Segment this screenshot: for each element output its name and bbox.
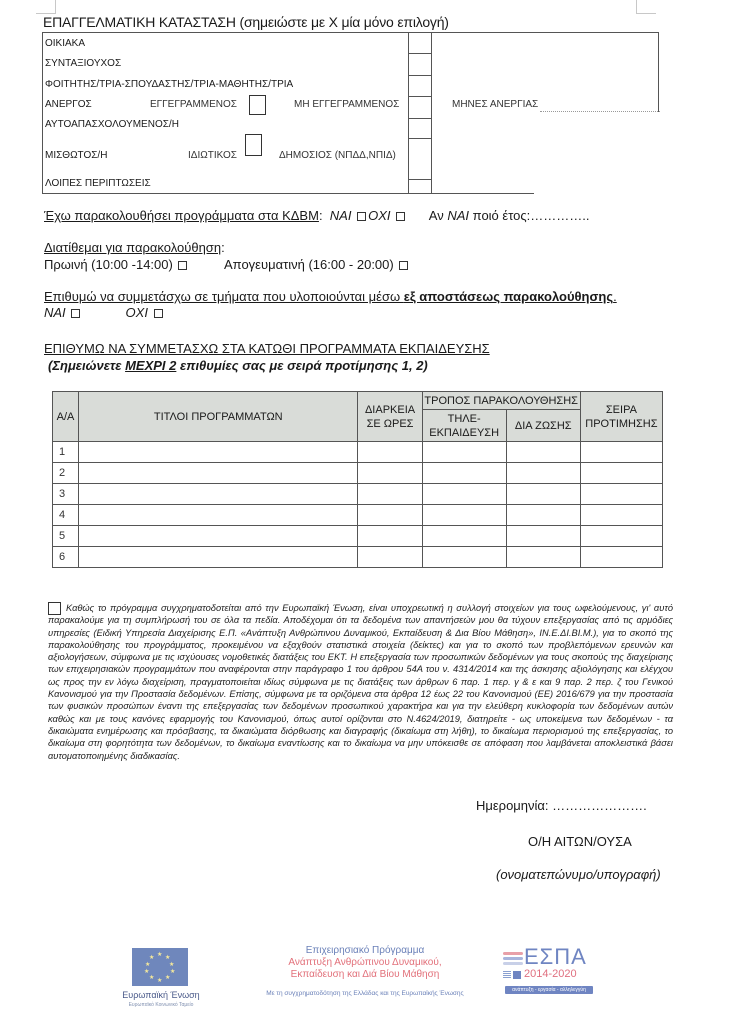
op-name: Ανάπτυξη Ανθρώπινου Δυναμικού, Εκπαίδευσ… — [240, 957, 490, 981]
employment-status-title: ΕΠΑΓΓΕΛΜΑΤΙΚΗ ΚΑΤΑΣΤΑΣΗ (σημειώστε με Χ … — [43, 14, 449, 30]
header-titles: ΤΙΤΛΟΙ ΠΡΟΓΡΑΜΜΑΤΩΝ — [79, 392, 358, 442]
unemployment-months-box — [533, 32, 659, 112]
x-mark-column — [408, 32, 432, 194]
cell-title[interactable] — [79, 442, 358, 463]
eu-flag-logo: ★ ★ ★ ★ ★ ★ ★ ★ ★ ★ — [132, 948, 188, 986]
cell-live[interactable] — [506, 526, 580, 547]
cell-tele[interactable] — [422, 442, 506, 463]
programs-table: Α/Α ΤΙΤΛΟΙ ΠΡΟΓΡΑΜΜΑΤΩΝ ΔΙΑΡΚΕΙΑ ΣΕ ΩΡΕΣ… — [52, 391, 663, 568]
cell-title[interactable] — [79, 526, 358, 547]
distance-no-label: ΟΧΙ — [126, 305, 148, 320]
cell-preference[interactable] — [580, 484, 662, 505]
cell-tele[interactable] — [422, 463, 506, 484]
header-mode: ΤΡΟΠΟΣ ΠΑΡΑΚΟΛΟΥΘΗΣΗΣ — [422, 392, 580, 410]
name-signature-label: (ονοματεπώνυμο/υπογραφή) — [496, 867, 661, 882]
header-duration: ΔΙΑΡΚΕΙΑ ΣΕ ΩΡΕΣ — [358, 392, 422, 442]
header-preference: ΣΕΙΡΑ ΠΡΟΤΙΜΗΣΗΣ — [580, 392, 662, 442]
cell-preference[interactable] — [580, 442, 662, 463]
morning-option: Πρωινή (10:00 -14:00) — [44, 257, 173, 272]
kdvm-no-label: ΟΧΙ — [368, 208, 390, 223]
cell-title[interactable] — [79, 547, 358, 568]
espa-title: ΕΣΠΑ — [524, 944, 587, 970]
option-unregistered: ΜΗ ΕΓΓΕΓΡΑΜΜΕΝΟΣ — [294, 99, 399, 110]
kdvm-no-checkbox[interactable] — [396, 212, 405, 221]
header-tele: ΤΗΛΕ-ΕΚΠΑΙΔΕΥΣΗ — [422, 410, 506, 442]
cell-preference[interactable] — [580, 526, 662, 547]
page-corner-mark — [636, 0, 656, 14]
private-checkbox[interactable] — [245, 134, 262, 156]
cell-preference[interactable] — [580, 547, 662, 568]
cell-tele[interactable] — [422, 547, 506, 568]
header-live: ΔΙΑ ΖΩΣΗΣ — [506, 410, 580, 442]
table-row: 4 — [53, 505, 663, 526]
cell-duration[interactable] — [358, 442, 422, 463]
cell-aa: 5 — [53, 526, 79, 547]
table-row: 1 — [53, 442, 663, 463]
option-student: ΦΟΙΤΗΤΗΣ/ΤΡΙΑ-ΣΠΟΥΔΑΣΤΗΣ/ΤΡΙΑ-ΜΑΘΗΤΗΣ/ΤΡ… — [45, 79, 293, 90]
kdvm-year-field[interactable]: ποιό έτος:………….. — [473, 208, 590, 223]
programs-title: ΕΠΙΘΥΜΩ ΝΑ ΣΥΜΜΕΤΑΣΧΩ ΣΤΑ ΚΑΤΩΘΙ ΠΡΟΓΡΑΜ… — [44, 341, 490, 356]
distance-label: Επιθυμώ να συμμετάσχω σε τμήματα που υλο… — [44, 289, 404, 304]
op-title: Επιχειρησιακό Πρόγραμμα — [240, 945, 490, 956]
cell-live[interactable] — [506, 442, 580, 463]
afternoon-checkbox[interactable] — [399, 261, 408, 270]
cell-duration[interactable] — [358, 505, 422, 526]
cell-aa: 6 — [53, 547, 79, 568]
table-row: 3 — [53, 484, 663, 505]
consent-text: Καθώς το πρόγραμμα συγχρηματοδοτείται απ… — [48, 602, 673, 762]
cell-live[interactable] — [506, 463, 580, 484]
cell-live[interactable] — [506, 484, 580, 505]
option-self-employed: ΑΥΤΟΑΠΑΣΧΟΛΟΥΜΕΝΟΣ/Η — [45, 119, 179, 130]
afternoon-option: Απογευματινή (16:00 - 20:00) — [224, 257, 394, 272]
espa-wave-icon — [503, 950, 523, 970]
availability-options: Πρωινή (10:00 -14:00) Απογευματινή (16:0… — [44, 257, 410, 272]
cell-aa: 2 — [53, 463, 79, 484]
distance-yes-label: ΝΑΙ — [44, 305, 66, 320]
distance-options: ΝΑΙ ΟΧΙ — [44, 305, 165, 320]
cell-title[interactable] — [79, 505, 358, 526]
flags-icon — [503, 971, 521, 979]
option-other: ΛΟΙΠΕΣ ΠΕΡΙΠΤΩΣΕΙΣ — [45, 178, 151, 189]
cell-aa: 1 — [53, 442, 79, 463]
cell-preference[interactable] — [580, 505, 662, 526]
morning-checkbox[interactable] — [178, 261, 187, 270]
distance-yes-checkbox[interactable] — [71, 309, 80, 318]
x-cell-student[interactable] — [409, 76, 431, 97]
cell-preference[interactable] — [580, 463, 662, 484]
distance-label-bold: εξ αποστάσεως παρακολούθησης — [404, 289, 613, 304]
page-corner-mark — [36, 0, 56, 14]
availability-label-row: Διατίθεμαι για παρακολούθηση: — [44, 240, 225, 255]
kdvm-yes-checkbox[interactable] — [357, 212, 366, 221]
date-field[interactable]: Ημερομηνία: …………………. — [476, 798, 647, 813]
cell-duration[interactable] — [358, 526, 422, 547]
unemployment-months-line — [540, 111, 660, 112]
cell-duration[interactable] — [358, 547, 422, 568]
cell-aa: 3 — [53, 484, 79, 505]
cell-title[interactable] — [79, 463, 358, 484]
kdvm-question-row: Έχω παρακολουθήσει προγράμματα στα ΚΔΒΜ:… — [44, 208, 589, 223]
employment-status-table — [42, 32, 534, 194]
eu-subcaption: Ευρωπαϊκό Κοινωνικό Ταμείο — [118, 1002, 204, 1008]
unemployment-months-label: ΜΗΝΕΣ ΑΝΕΡΓΙΑΣ — [452, 99, 538, 110]
espa-tagline: ανάπτυξη - εργασία - αλληλεγγύη — [505, 986, 593, 994]
cell-tele[interactable] — [422, 484, 506, 505]
cell-aa: 4 — [53, 505, 79, 526]
header-aa: Α/Α — [53, 392, 79, 442]
distance-label-row: Επιθυμώ να συμμετάσχω σε τμήματα που υλο… — [44, 289, 617, 304]
option-registered: ΕΓΓΕΓΡΑΜΜΕΝΟΣ — [150, 99, 237, 110]
cell-tele[interactable] — [422, 505, 506, 526]
x-cell-pensioner[interactable] — [409, 54, 431, 76]
kdvm-question: Έχω παρακολουθήσει προγράμματα στα ΚΔΒΜ — [44, 208, 319, 223]
x-cell-household[interactable] — [409, 32, 431, 54]
cell-duration[interactable] — [358, 463, 422, 484]
x-cell-self-employed[interactable] — [409, 119, 431, 139]
cell-tele[interactable] — [422, 526, 506, 547]
table-row: 6 — [53, 547, 663, 568]
option-salaried: ΜΙΣΘΩΤΟΣ/Η — [45, 150, 107, 161]
cell-live[interactable] — [506, 505, 580, 526]
kdvm-yes-label: ΝΑΙ — [330, 208, 352, 223]
table-row: 5 — [53, 526, 663, 547]
x-cell-public[interactable] — [409, 139, 431, 180]
programs-subtitle: (Σημειώνετε ΜΕΧΡΙ 2 επιθυμίες σας με σει… — [48, 358, 428, 373]
espa-years: 2014-2020 — [524, 968, 577, 980]
op-cofund: Με τη συγχρηματοδότηση της Ελλάδας και τ… — [240, 990, 490, 997]
option-pensioner: ΣΥΝΤΑΞΙΟΥΧΟΣ — [45, 58, 121, 69]
option-private: ΙΔΙΩΤΙΚΟΣ — [188, 150, 237, 161]
applicant-label: Ο/Η ΑΙΤΩΝ/ΟΥΣΑ — [528, 834, 632, 849]
eu-caption: Ευρωπαϊκή Ένωση — [118, 990, 204, 1000]
cell-live[interactable] — [506, 547, 580, 568]
registered-checkbox[interactable] — [249, 95, 266, 115]
option-public: ΔΗΜΟΣΙΟΣ (ΝΠΔΔ,ΝΠΙΔ) — [279, 150, 396, 161]
cell-title[interactable] — [79, 484, 358, 505]
option-household: ΟΙΚΙΑΚΑ — [45, 38, 85, 49]
distance-no-checkbox[interactable] — [154, 309, 163, 318]
cell-duration[interactable] — [358, 484, 422, 505]
x-cell-unemployed-unregistered[interactable] — [409, 97, 431, 119]
option-unemployed: ΑΝΕΡΓΟΣ — [45, 99, 92, 110]
table-row: 2 — [53, 463, 663, 484]
availability-label: Διατίθεμαι για παρακολούθηση — [44, 240, 221, 255]
